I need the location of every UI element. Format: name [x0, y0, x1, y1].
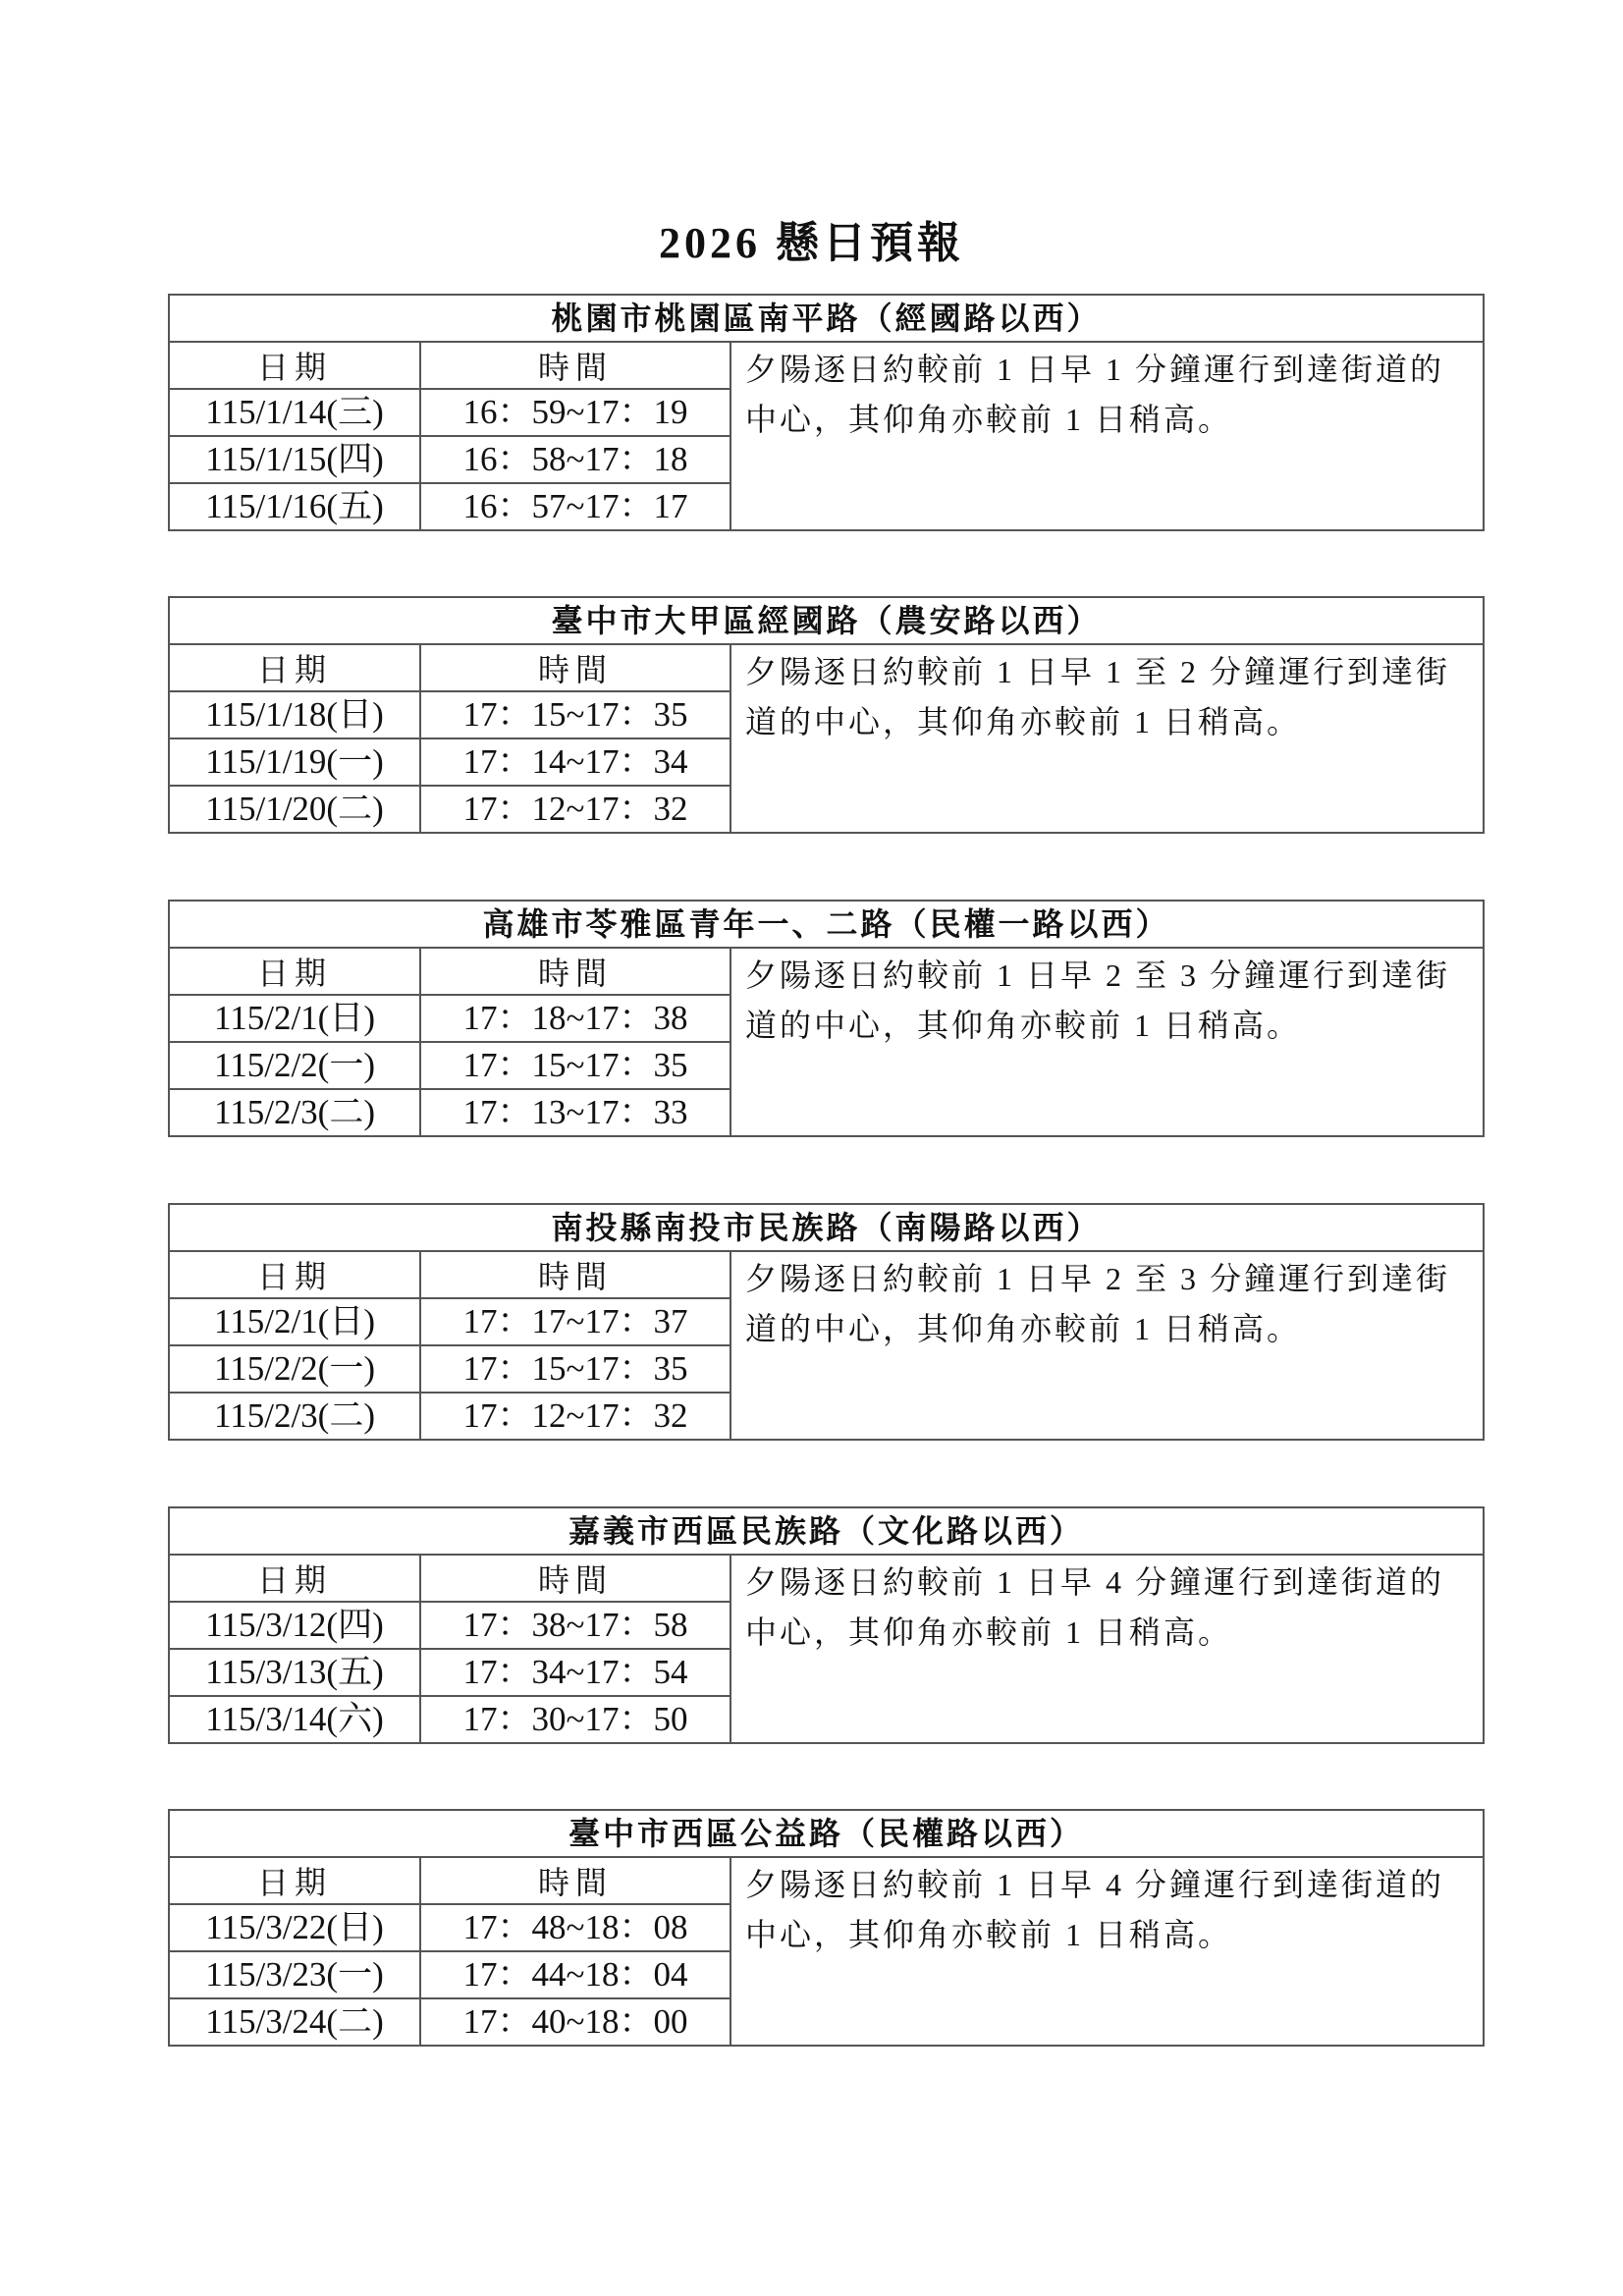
date-cell: 115/3/23(一)	[169, 1951, 420, 1998]
time-cell: 16：58~17：18	[420, 436, 730, 483]
time-cell: 17：17~17：37	[420, 1298, 730, 1345]
time-cell: 17：34~17：54	[420, 1649, 730, 1696]
sun-movement-note: 夕陽逐日約較前 1 日早 4 分鐘運行到達街道的中心，其仰角亦較前 1 日稍高。	[730, 1555, 1484, 1743]
forecast-table-1: 桃園市桃園區南平路（經國路以西） 日期 時間 夕陽逐日約較前 1 日早 1 分鐘…	[168, 294, 1485, 531]
time-cell: 16：57~17：17	[420, 483, 730, 530]
time-cell: 17：15~17：35	[420, 691, 730, 738]
date-cell: 115/1/18(日)	[169, 691, 420, 738]
column-header-time: 時間	[420, 1857, 730, 1904]
sun-movement-note: 夕陽逐日約較前 1 日早 2 至 3 分鐘運行到達街道的中心，其仰角亦較前 1 …	[730, 1251, 1484, 1440]
date-cell: 115/1/20(二)	[169, 786, 420, 833]
date-cell: 115/2/2(一)	[169, 1042, 420, 1089]
location-title: 嘉義市西區民族路（文化路以西）	[169, 1507, 1484, 1555]
time-cell: 17：48~18：08	[420, 1904, 730, 1951]
location-title: 高雄市苓雅區青年一、二路（民權一路以西）	[169, 901, 1484, 948]
date-cell: 115/3/14(六)	[169, 1696, 420, 1743]
date-cell: 115/3/24(二)	[169, 1998, 420, 2046]
column-header-time: 時間	[420, 342, 730, 389]
forecast-table-5: 嘉義市西區民族路（文化路以西） 日期 時間 夕陽逐日約較前 1 日早 4 分鐘運…	[168, 1506, 1485, 1744]
date-cell: 115/2/3(二)	[169, 1089, 420, 1136]
date-cell: 115/1/16(五)	[169, 483, 420, 530]
sun-movement-note: 夕陽逐日約較前 1 日早 1 分鐘運行到達街道的中心，其仰角亦較前 1 日稍高。	[730, 342, 1484, 530]
time-cell: 17：12~17：32	[420, 786, 730, 833]
column-header-date: 日期	[169, 342, 420, 389]
time-cell: 17：14~17：34	[420, 738, 730, 786]
column-header-date: 日期	[169, 948, 420, 995]
column-header-date: 日期	[169, 1555, 420, 1602]
forecast-table-3: 高雄市苓雅區青年一、二路（民權一路以西） 日期 時間 夕陽逐日約較前 1 日早 …	[168, 900, 1485, 1137]
time-cell: 17：30~17：50	[420, 1696, 730, 1743]
date-cell: 115/3/13(五)	[169, 1649, 420, 1696]
location-title: 臺中市大甲區經國路（農安路以西）	[169, 597, 1484, 644]
sun-movement-note: 夕陽逐日約較前 1 日早 1 至 2 分鐘運行到達街道的中心，其仰角亦較前 1 …	[730, 644, 1484, 833]
location-title: 南投縣南投市民族路（南陽路以西）	[169, 1204, 1484, 1251]
date-cell: 115/1/15(四)	[169, 436, 420, 483]
time-cell: 17：12~17：32	[420, 1393, 730, 1440]
forecast-table-2: 臺中市大甲區經國路（農安路以西） 日期 時間 夕陽逐日約較前 1 日早 1 至 …	[168, 596, 1485, 834]
time-cell: 16：59~17：19	[420, 389, 730, 436]
forecast-table-6: 臺中市西區公益路（民權路以西） 日期 時間 夕陽逐日約較前 1 日早 4 分鐘運…	[168, 1809, 1485, 2047]
time-cell: 17：15~17：35	[420, 1042, 730, 1089]
date-cell: 115/2/1(日)	[169, 1298, 420, 1345]
time-cell: 17：13~17：33	[420, 1089, 730, 1136]
date-cell: 115/2/1(日)	[169, 995, 420, 1042]
time-cell: 17：44~18：04	[420, 1951, 730, 1998]
date-cell: 115/2/3(二)	[169, 1393, 420, 1440]
time-cell: 17：40~18：00	[420, 1998, 730, 2046]
time-cell: 17：38~17：58	[420, 1602, 730, 1649]
date-cell: 115/3/12(四)	[169, 1602, 420, 1649]
location-title: 臺中市西區公益路（民權路以西）	[169, 1810, 1484, 1857]
date-cell: 115/1/14(三)	[169, 389, 420, 436]
column-header-time: 時間	[420, 1555, 730, 1602]
column-header-date: 日期	[169, 1857, 420, 1904]
page-title: 2026 懸日預報	[0, 214, 1623, 273]
column-header-time: 時間	[420, 644, 730, 691]
date-cell: 115/1/19(一)	[169, 738, 420, 786]
sun-movement-note: 夕陽逐日約較前 1 日早 2 至 3 分鐘運行到達街道的中心，其仰角亦較前 1 …	[730, 948, 1484, 1136]
time-cell: 17：18~17：38	[420, 995, 730, 1042]
column-header-date: 日期	[169, 644, 420, 691]
forecast-table-4: 南投縣南投市民族路（南陽路以西） 日期 時間 夕陽逐日約較前 1 日早 2 至 …	[168, 1203, 1485, 1441]
time-cell: 17：15~17：35	[420, 1345, 730, 1393]
column-header-time: 時間	[420, 1251, 730, 1298]
date-cell: 115/2/2(一)	[169, 1345, 420, 1393]
column-header-time: 時間	[420, 948, 730, 995]
location-title: 桃園市桃園區南平路（經國路以西）	[169, 295, 1484, 342]
date-cell: 115/3/22(日)	[169, 1904, 420, 1951]
column-header-date: 日期	[169, 1251, 420, 1298]
sun-movement-note: 夕陽逐日約較前 1 日早 4 分鐘運行到達街道的中心，其仰角亦較前 1 日稍高。	[730, 1857, 1484, 2046]
